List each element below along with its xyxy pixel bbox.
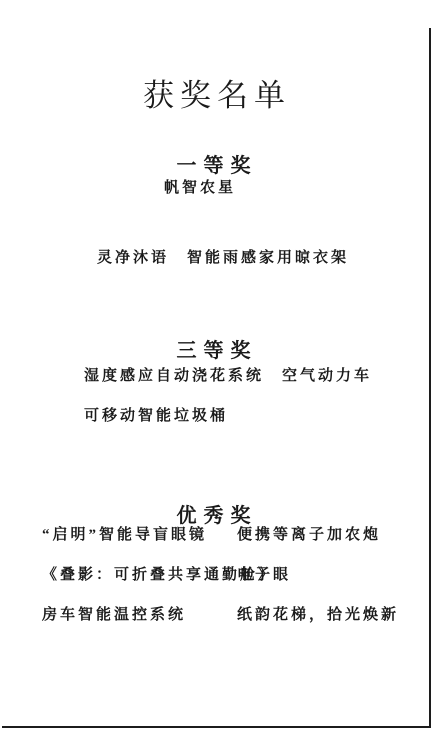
page-border-right (429, 28, 431, 728)
award-entry: 房车智能温控系统 (42, 603, 186, 624)
award-entry: 电子眼 (237, 563, 291, 584)
section-heading-first-prize: 一等奖 (0, 149, 434, 178)
award-entry: 可移动智能垃圾桶 (84, 404, 228, 425)
award-entry: 帆智农星 (164, 176, 236, 197)
award-row: 房车智能温控系统 纸韵花梯，拾光焕新 (42, 603, 422, 623)
award-entry: 灵净沐语 智能雨感家用晾衣架 (97, 246, 349, 267)
document-page: 获奖名单 一等奖 帆智农星 灵净沐语 智能雨感家用晾衣架 三等奖 湿度感应自动浇… (0, 0, 434, 733)
award-entry: “启明”智能导盲眼镜 (42, 523, 207, 544)
award-entry: 湿度感应自动浇花系统 空气动力车 (84, 364, 372, 385)
document-title: 获奖名单 (0, 70, 434, 115)
page-border-bottom (2, 726, 431, 728)
award-entry: 纸韵花梯，拾光焕新 (237, 603, 399, 624)
award-row: 《叠影：可折叠共享通勤舱》 电子眼 (42, 563, 422, 583)
award-row: “启明”智能导盲眼镜 便携等离子加农炮 (42, 523, 422, 543)
section-heading-third-prize: 三等奖 (0, 334, 434, 363)
award-entry: 便携等离子加农炮 (237, 523, 381, 544)
